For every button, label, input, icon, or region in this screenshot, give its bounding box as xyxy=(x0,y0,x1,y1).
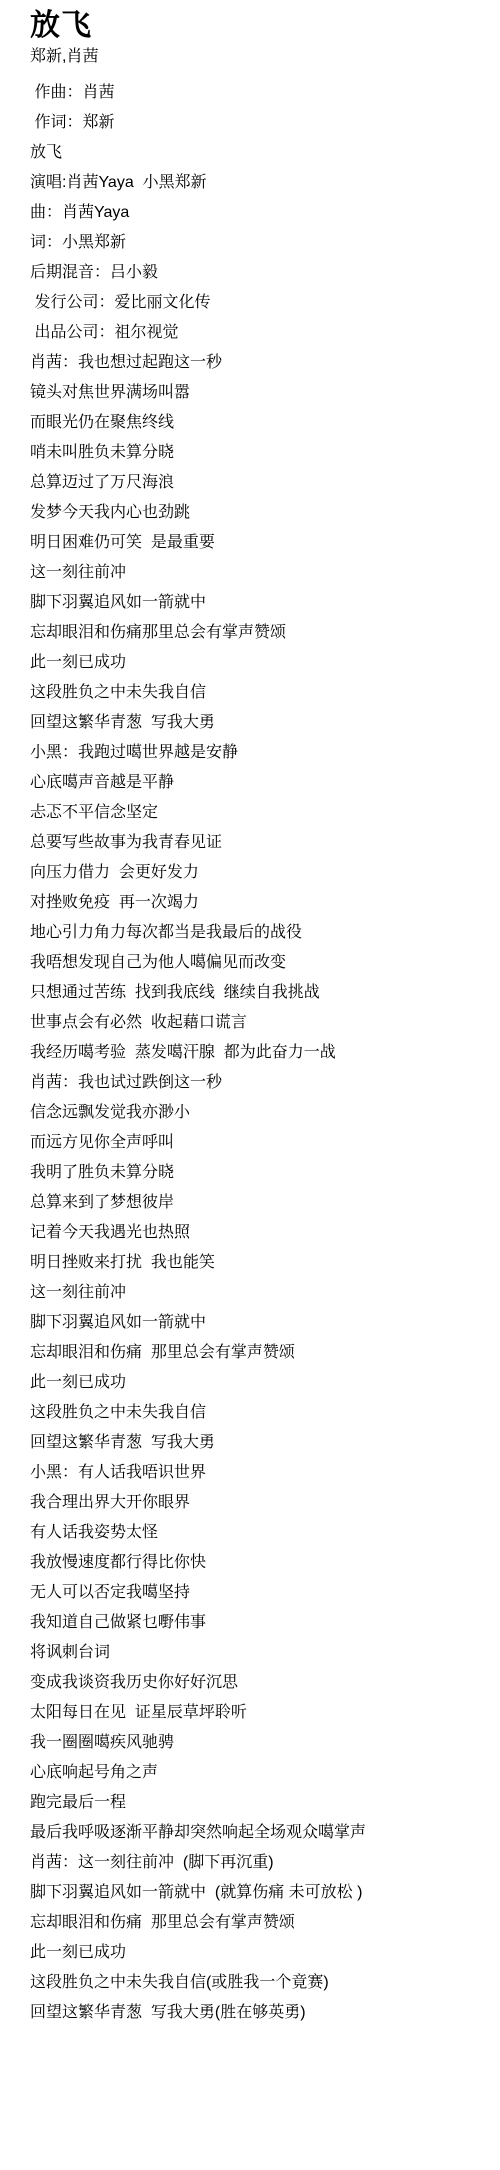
lyric-line: 此一刻已成功 xyxy=(30,1368,490,1398)
lyric-line: 肖茜：这一刻往前冲 (脚下再沉重) xyxy=(30,1848,490,1878)
page-title: 放飞 xyxy=(30,6,490,46)
lyric-line: 演唱:肖茜Yaya 小黑郑新 xyxy=(30,168,490,198)
lyric-line: 太阳每日在见 证星辰草坪聆听 xyxy=(30,1698,490,1728)
artist-names: 郑新,肖茜 xyxy=(30,46,490,68)
lyric-line: 我知道自己做紧乜嘢伟事 xyxy=(30,1608,490,1638)
lyric-line: 而眼光仍在聚焦终线 xyxy=(30,408,490,438)
lyric-line: 肖茜：我也试过跌倒这一秒 xyxy=(30,1068,490,1098)
lyric-line: 此一刻已成功 xyxy=(30,1938,490,1968)
lyric-line: 我经历噶考验 蒸发噶汗腺 都为此奋力一战 xyxy=(30,1038,490,1068)
lyric-line: 跑完最后一程 xyxy=(30,1788,490,1818)
lyric-line: 世事点会有必然 收起藉口谎言 xyxy=(30,1008,490,1038)
lyric-line: 作词：郑新 xyxy=(30,108,490,138)
lyric-line: 发梦今天我内心也劲跳 xyxy=(30,498,490,528)
lyric-line: 忘却眼泪和伤痛那里总会有掌声赞颂 xyxy=(30,618,490,648)
lyric-line: 这一刻往前冲 xyxy=(30,1278,490,1308)
lyric-line: 对挫败免疫 再一次竭力 xyxy=(30,888,490,918)
lyric-line: 明日挫败来打扰 我也能笑 xyxy=(30,1248,490,1278)
lyric-line: 我明了胜负未算分晓 xyxy=(30,1158,490,1188)
lyric-line: 镜头对焦世界满场叫嚣 xyxy=(30,378,490,408)
lyric-line: 词：小黑郑新 xyxy=(30,228,490,258)
lyric-line: 我唔想发现自己为他人噶偏见而改变 xyxy=(30,948,490,978)
lyric-line: 出品公司：祖尔视觉 xyxy=(30,318,490,348)
lyric-line: 无人可以否定我噶坚持 xyxy=(30,1578,490,1608)
lyric-line: 这段胜负之中未失我自信(或胜我一个竟赛) xyxy=(30,1968,490,1998)
lyric-line: 记着今天我遇光也热照 xyxy=(30,1218,490,1248)
lyric-line: 向压力借力 会更好发力 xyxy=(30,858,490,888)
lyric-line: 脚下羽翼追风如一箭就中 xyxy=(30,1308,490,1338)
lyric-line: 地心引力角力每次都当是我最后的战役 xyxy=(30,918,490,948)
lyric-line: 脚下羽翼追风如一箭就中 xyxy=(30,588,490,618)
lyric-line: 心底噶声音越是平静 xyxy=(30,768,490,798)
lyric-line: 我合理出界大开你眼界 xyxy=(30,1488,490,1518)
lyric-line: 将讽刺台词 xyxy=(30,1638,490,1668)
lyric-line: 哨未叫胜负未算分晓 xyxy=(30,438,490,468)
lyric-line: 我一圈圈噶疾风驰骋 xyxy=(30,1728,490,1758)
lyric-line: 信念远飘发觉我亦渺小 xyxy=(30,1098,490,1128)
lyric-line: 忘却眼泪和伤痛 那里总会有掌声赞颂 xyxy=(30,1338,490,1368)
lyric-line: 回望这繁华青葱 写我大勇 xyxy=(30,1428,490,1458)
lyric-line: 这段胜负之中未失我自信 xyxy=(30,678,490,708)
lyric-line: 忐忑不平信念坚定 xyxy=(30,798,490,828)
lyric-line: 后期混音：吕小毅 xyxy=(30,258,490,288)
lyric-line: 这一刻往前冲 xyxy=(30,558,490,588)
lyric-line: 此一刻已成功 xyxy=(30,648,490,678)
lyric-line: 肖茜：我也想过起跑这一秒 xyxy=(30,348,490,378)
lyric-line: 曲：肖茜Yaya xyxy=(30,198,490,228)
lyric-line: 总算迈过了万尺海浪 xyxy=(30,468,490,498)
lyric-line: 发行公司：爱比丽文化传 xyxy=(30,288,490,318)
lyric-line: 我放慢速度都行得比你快 xyxy=(30,1548,490,1578)
lyric-line: 变成我谈资我历史你好好沉思 xyxy=(30,1668,490,1698)
lyric-line: 只想通过苦练 找到我底线 继续自我挑战 xyxy=(30,978,490,1008)
lyric-line: 忘却眼泪和伤痛 那里总会有掌声赞颂 xyxy=(30,1908,490,1938)
lyric-line: 这段胜负之中未失我自信 xyxy=(30,1398,490,1428)
lyric-line: 总算来到了梦想彼岸 xyxy=(30,1188,490,1218)
lyric-line: 明日困难仍可笑 是最重要 xyxy=(30,528,490,558)
lyric-line: 作曲：肖茜 xyxy=(30,78,490,108)
lyric-line: 最后我呼吸逐渐平静却突然响起全场观众噶掌声 xyxy=(30,1818,490,1848)
lyric-line: 回望这繁华青葱 写我大勇(胜在够英勇) xyxy=(30,1998,490,2028)
lyric-line: 放飞 xyxy=(30,138,490,168)
lyric-line: 而远方见你全声呼叫 xyxy=(30,1128,490,1158)
lyric-line: 回望这繁华青葱 写我大勇 xyxy=(30,708,490,738)
lyrics-page: 放飞 郑新,肖茜 作曲：肖茜 作词：郑新放飞演唱:肖茜Yaya 小黑郑新曲：肖茜… xyxy=(0,0,500,2028)
lyric-line: 有人话我姿势太怪 xyxy=(30,1518,490,1548)
lyrics-block: 作曲：肖茜 作词：郑新放飞演唱:肖茜Yaya 小黑郑新曲：肖茜Yaya词：小黑郑… xyxy=(30,78,490,2028)
lyric-line: 脚下羽翼追风如一箭就中 (就算伤痛 未可放松 ) xyxy=(30,1878,490,1908)
lyric-line: 心底响起号角之声 xyxy=(30,1758,490,1788)
lyric-line: 小黑：我跑过噶世界越是安静 xyxy=(30,738,490,768)
lyric-line: 总要写些故事为我青春见证 xyxy=(30,828,490,858)
lyric-line: 小黑：有人话我唔识世界 xyxy=(30,1458,490,1488)
